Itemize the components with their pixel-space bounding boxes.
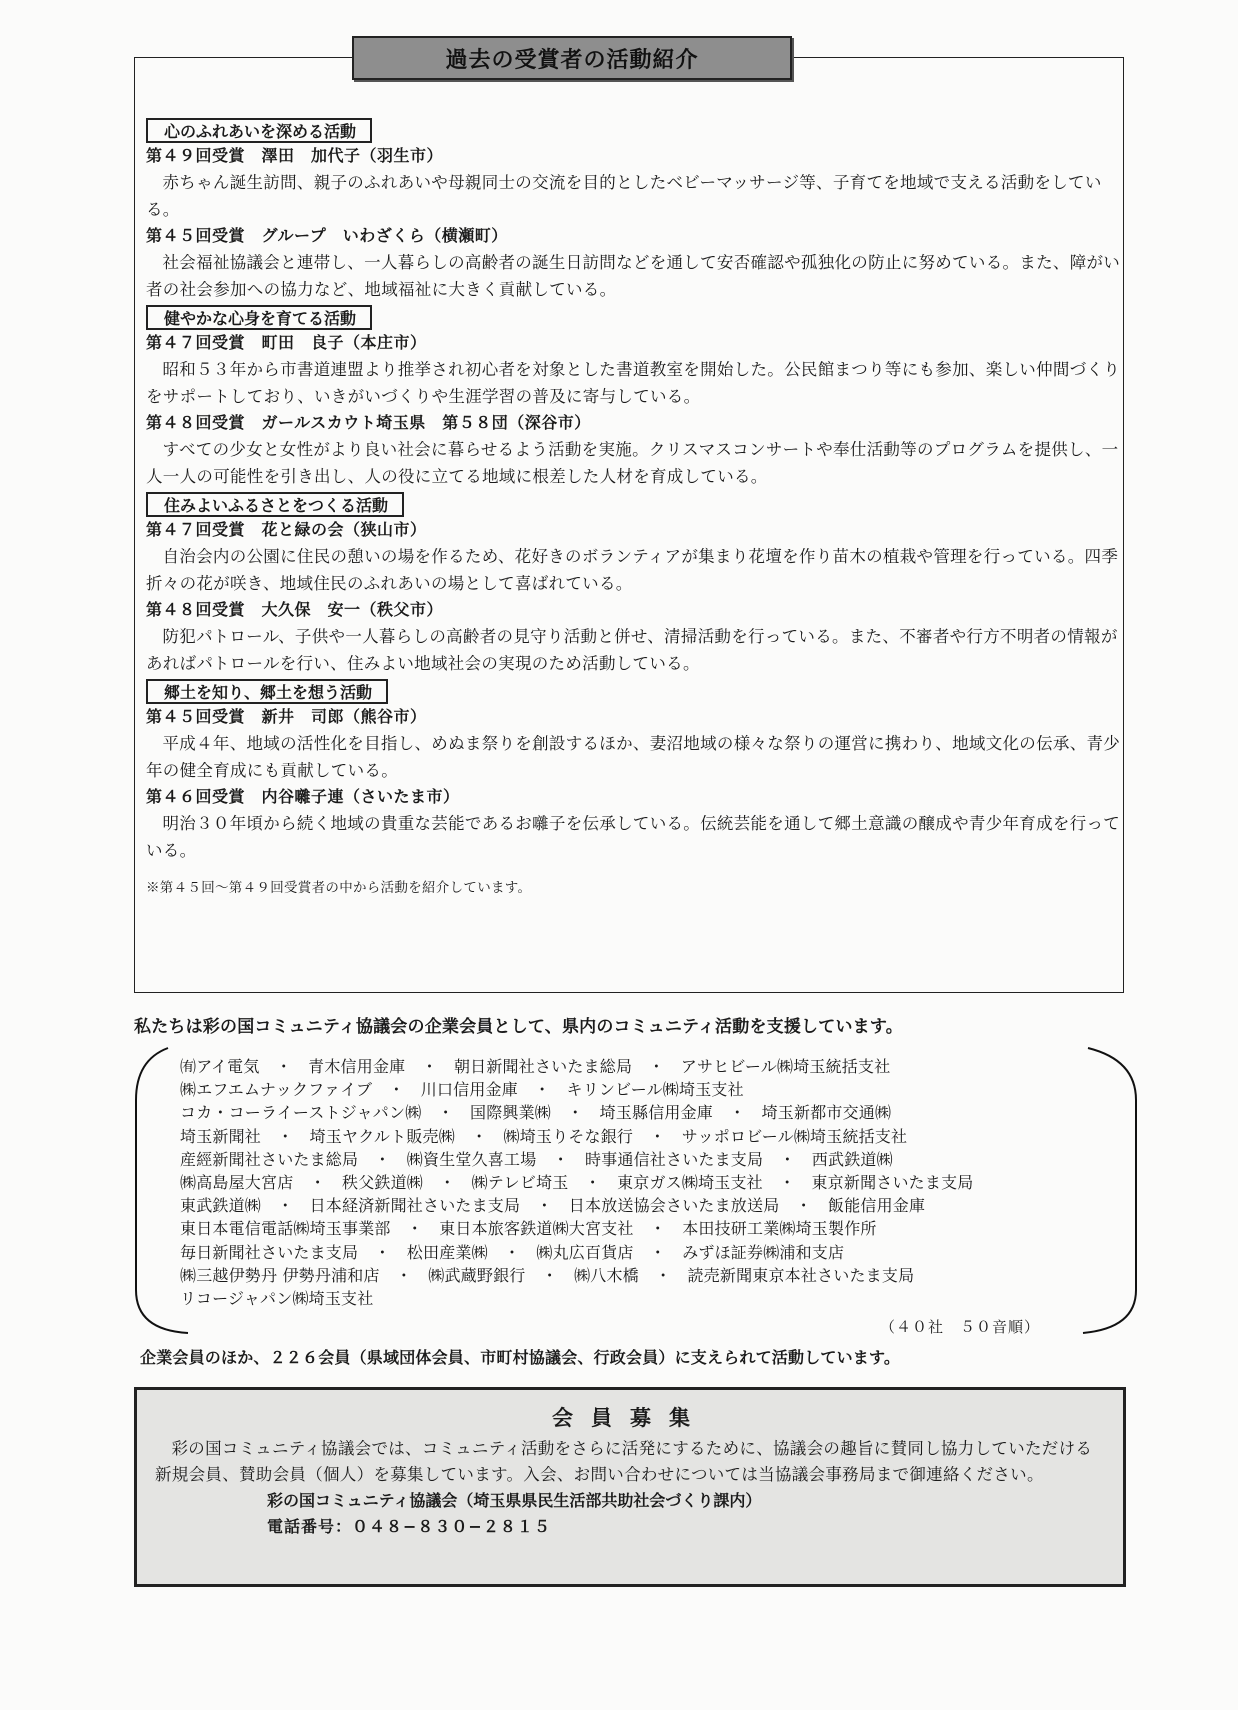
company-line: 東日本電信電話㈱埼玉事業部 ・ 東日本旅客鉄道㈱大宮支社 ・ 本田技研工業㈱埼玉…	[180, 1217, 1140, 1240]
category-label: 住みよいふるさとをつくる活動	[146, 492, 404, 517]
company-line: 埼玉新聞社 ・ 埼玉ヤクルト販売㈱ ・ ㈱埼玉りそな銀行 ・ サッポロビール㈱埼…	[180, 1125, 1140, 1148]
corporate-members-heading: 私たちは彩の国コミュニティ協議会の企業会員として、県内のコミュニティ活動を支援し…	[134, 1012, 1144, 1037]
company-line: ㈱高島屋大宮店 ・ 秩父鉄道㈱ ・ ㈱テレビ埼玉 ・ 東京ガス㈱埼玉支社 ・ 東…	[180, 1171, 1140, 1194]
award-description: 昭和５３年から市書道連盟より推挙され初心者を対象とした書道教室を開始した。公民館…	[146, 356, 1121, 410]
footnote: ※第４５回〜第４９回受賞者の中から活動を紹介しています。	[146, 876, 1121, 896]
company-line: リコージャパン㈱埼玉支社	[180, 1287, 1140, 1310]
company-line: ㈲アイ電気 ・ 青木信用金庫 ・ 朝日新聞社さいたま総局 ・ アサヒビール㈱埼玉…	[180, 1055, 1140, 1078]
award-heading: 第４７回受賞 花と緑の会（狭山市）	[146, 517, 1121, 543]
phone-number: 電話番号：０４８−８３０−２８１５	[267, 1514, 1123, 1540]
award-heading: 第４７回受賞 町田 良子（本庄市）	[146, 330, 1121, 356]
award-heading: 第４９回受賞 澤田 加代子（羽生市）	[146, 143, 1121, 169]
award-description: 社会福祉協議会と連帯し、一人暮らしの高齢者の誕生日訪問などを通して安否確認や孤独…	[146, 249, 1121, 303]
category-section: 郷土を知り、郷土を想う活動 第４５回受賞 新井 司郎（熊谷市） 平成４年、地域の…	[146, 677, 1121, 864]
company-line: ㈱エフエムナックファイブ ・ 川口信用金庫 ・ キリンビール㈱埼玉支社	[180, 1078, 1140, 1101]
award-description: 自治会内の公園に住民の憩いの場を作るため、花好きのボランティアが集まり花壇を作り…	[146, 543, 1121, 597]
category-label: 郷土を知り、郷土を想う活動	[146, 679, 388, 704]
recruitment-title: 会員募集	[137, 1402, 1123, 1432]
organization-name: 彩の国コミュニティ協議会（埼玉県県民生活部共助社会づくり課内）	[267, 1488, 1123, 1514]
award-heading: 第４８回受賞 大久保 安一（秩父市）	[146, 597, 1121, 623]
category-label: 健やかな心身を育てる活動	[146, 305, 372, 330]
category-label: 心のふれあいを深める活動	[146, 118, 372, 143]
recruitment-body: 彩の国コミュニティ協議会では、コミュニティ活動をさらに活発にするために、協議会の…	[155, 1436, 1105, 1488]
award-description: 平成４年、地域の活性化を目指し、めぬま祭りを創設するほか、妻沼地域の様々な祭りの…	[146, 730, 1121, 784]
company-line: コカ・コーライーストジャパン㈱ ・ 国際興業㈱ ・ 埼玉縣信用金庫 ・ 埼玉新都…	[180, 1101, 1140, 1124]
recruitment-box: 会員募集 彩の国コミュニティ協議会では、コミュニティ活動をさらに活発にするために…	[134, 1387, 1126, 1587]
award-heading: 第４６回受賞 内谷囃子連（さいたま市）	[146, 784, 1121, 810]
company-line: 東武鉄道㈱ ・ 日本経済新聞社さいたま支局 ・ 日本放送協会さいたま放送局 ・ …	[180, 1194, 1140, 1217]
award-description: 防犯パトロール、子供や一人暮らしの高齢者の見守り活動と併せ、清掃活動を行っている…	[146, 623, 1121, 677]
section-title: 過去の受賞者の活動紹介	[352, 36, 792, 80]
company-line: ㈱三越伊勢丹 伊勢丹浦和店 ・ ㈱武蔵野銀行 ・ ㈱八木橋 ・ 読売新聞東京本社…	[180, 1264, 1140, 1287]
award-heading: 第４５回受賞 グループ いわざくら（横瀬町）	[146, 223, 1121, 249]
category-section: 心のふれあいを深める活動 第４９回受賞 澤田 加代子（羽生市） 赤ちゃん誕生訪問…	[146, 116, 1121, 303]
award-description: 明治３０年頃から続く地域の貴重な芸能であるお囃子を伝承している。伝統芸能を通して…	[146, 810, 1121, 864]
award-description: すべての少女と女性がより良い社会に暮らせるよう活動を実施。クリスマスコンサートや…	[146, 436, 1121, 490]
award-heading: 第４５回受賞 新井 司郎（熊谷市）	[146, 704, 1121, 730]
activities-content: 心のふれあいを深める活動 第４９回受賞 澤田 加代子（羽生市） 赤ちゃん誕生訪問…	[146, 116, 1121, 896]
company-line: 産經新聞社さいたま総局 ・ ㈱資生堂久喜工場 ・ 時事通信社さいたま支局 ・ 西…	[180, 1148, 1140, 1171]
company-line: 毎日新聞社さいたま支局 ・ 松田産業㈱ ・ ㈱丸広百貨店 ・ みずほ証券㈱浦和支…	[180, 1241, 1140, 1264]
members-summary: 企業会員のほか、２２６会員（県域団体会員、市町村協議会、行政会員）に支えられて活…	[140, 1345, 1150, 1368]
category-section: 健やかな心身を育てる活動 第４７回受賞 町田 良子（本庄市） 昭和５３年から市書…	[146, 303, 1121, 490]
award-heading: 第４８回受賞 ガールスカウト埼玉県 第５８団（深谷市）	[146, 410, 1121, 436]
award-description: 赤ちゃん誕生訪問、親子のふれあいや母親同士の交流を目的としたベビーマッサージ等、…	[146, 169, 1121, 223]
company-list: ㈲アイ電気 ・ 青木信用金庫 ・ 朝日新聞社さいたま総局 ・ アサヒビール㈱埼玉…	[180, 1055, 1140, 1310]
category-section: 住みよいふるさとをつくる活動 第４７回受賞 花と緑の会（狭山市） 自治会内の公園…	[146, 490, 1121, 677]
company-count-note: （４０社 ５０音順）	[880, 1316, 1040, 1337]
